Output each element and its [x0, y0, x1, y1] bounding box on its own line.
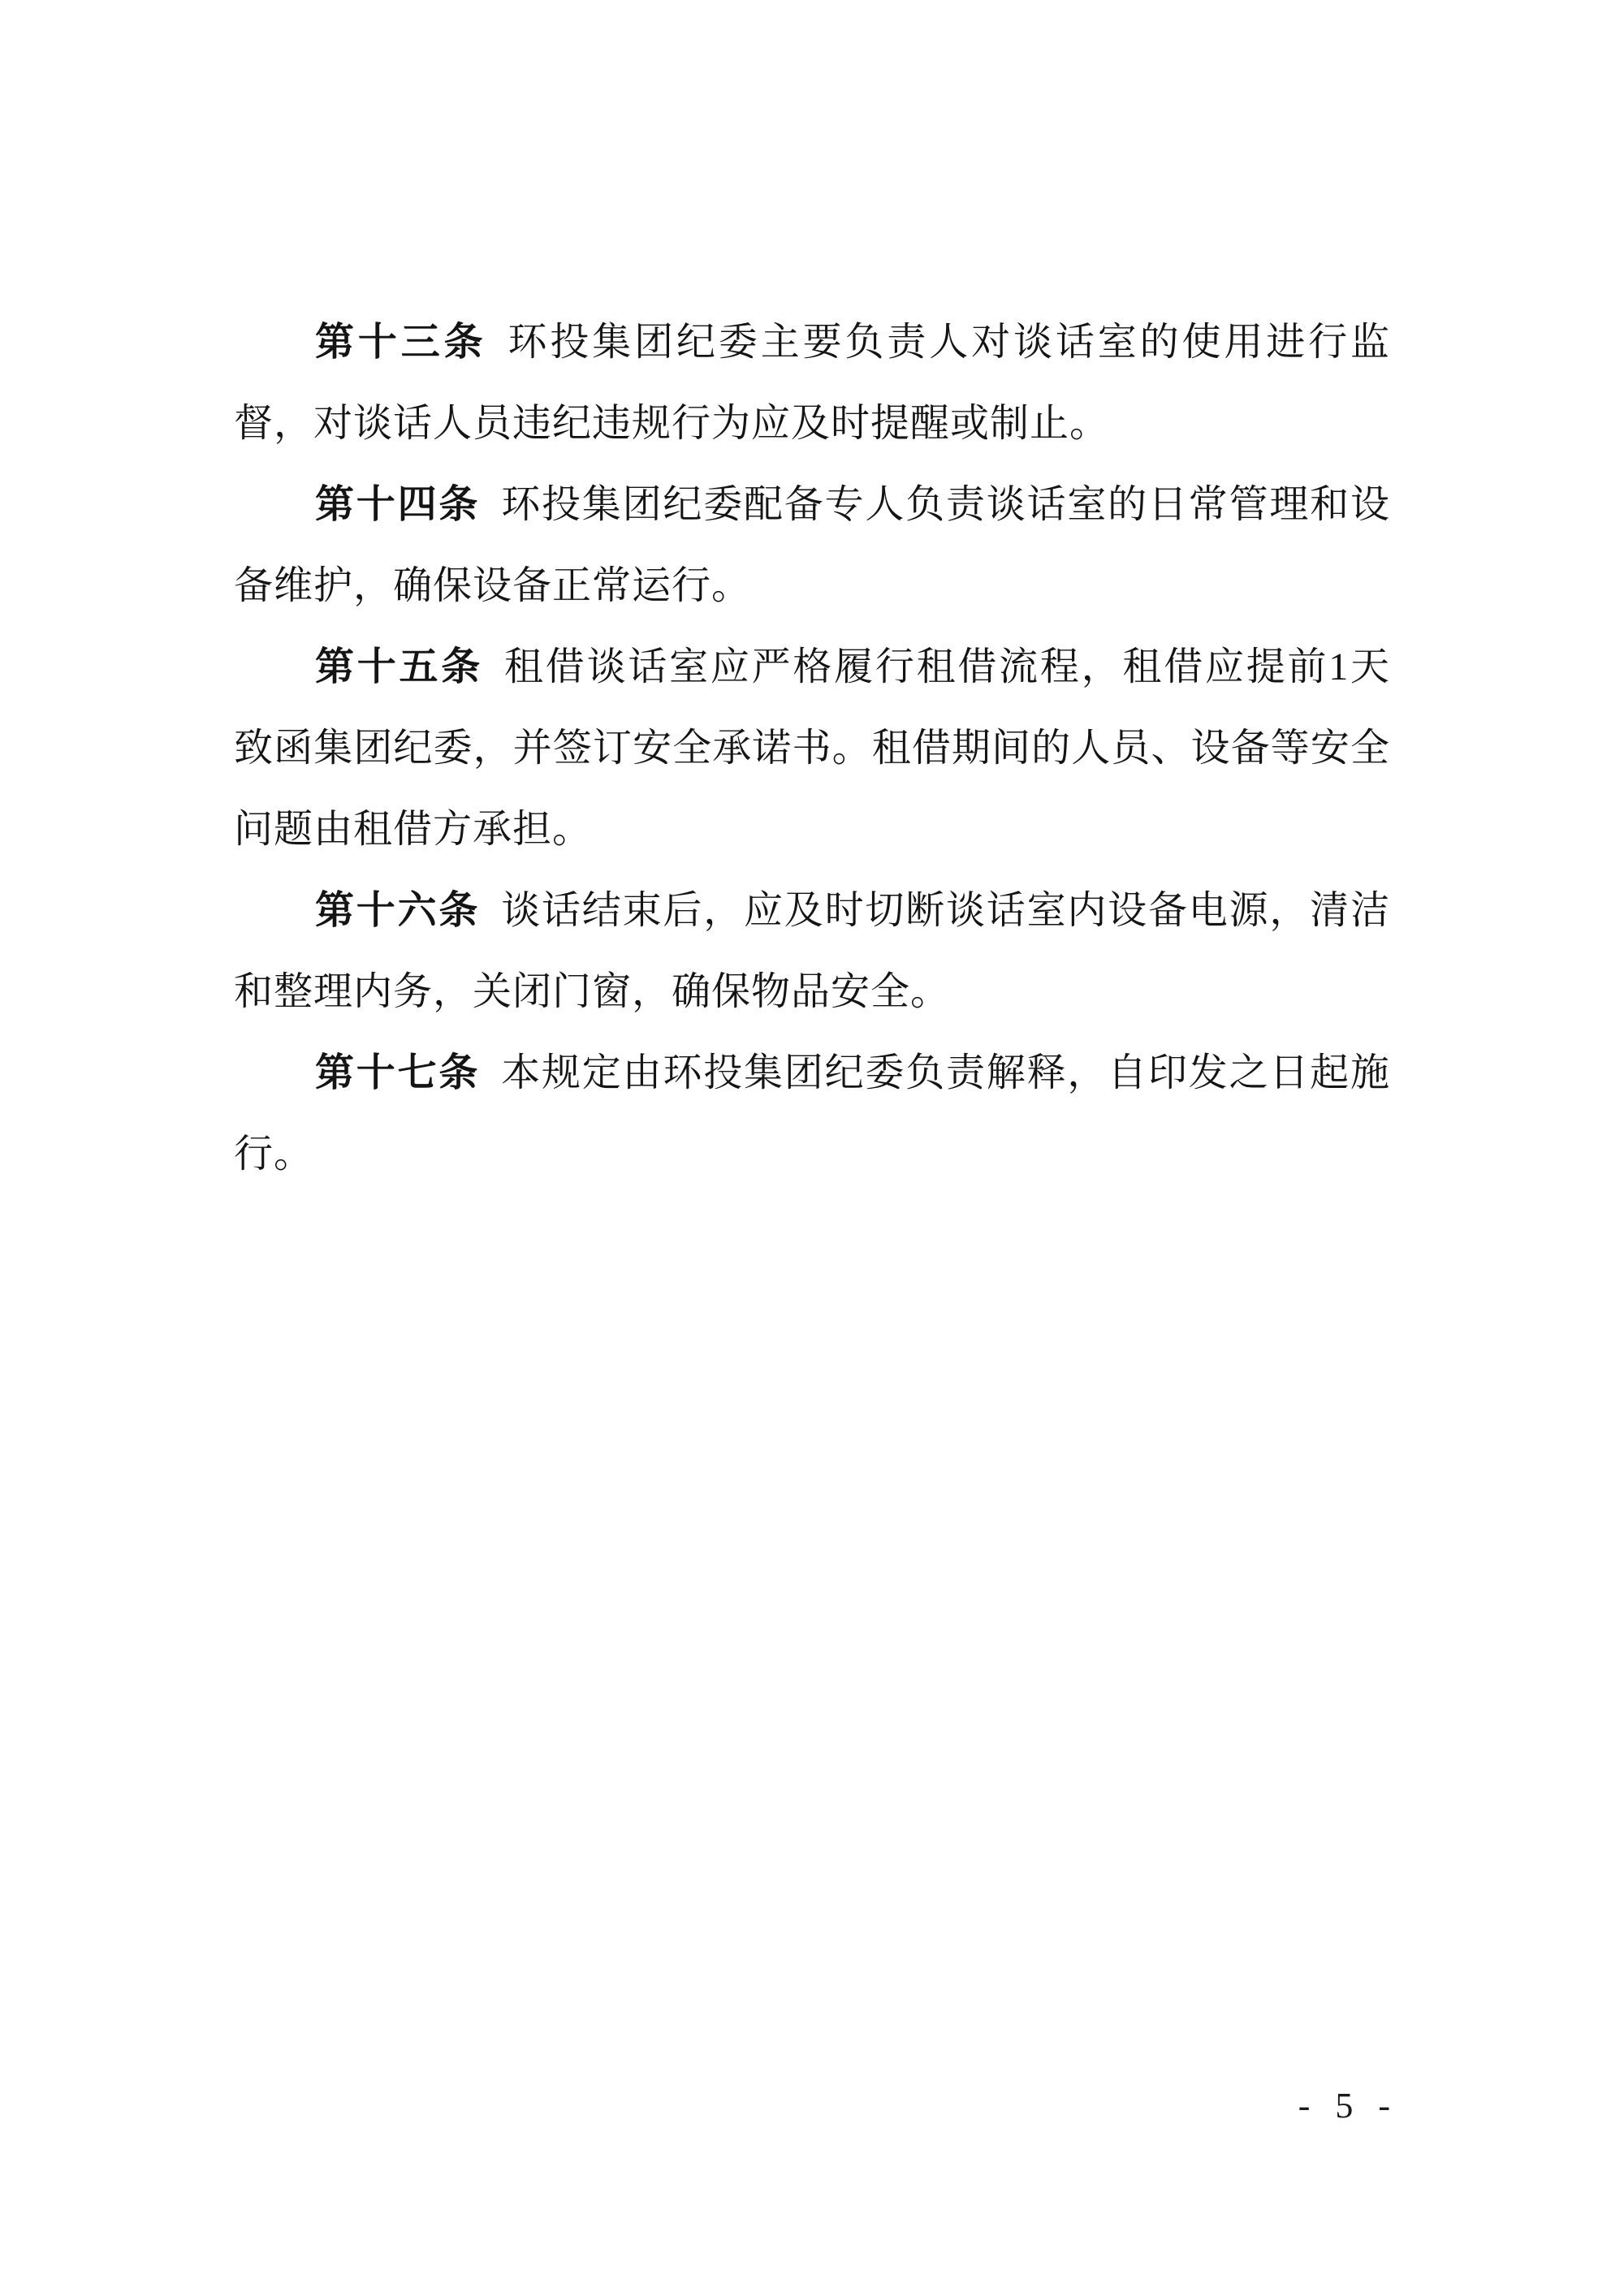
document-body: 第十三条环投集团纪委主要负责人对谈话室的使用进行监督，对谈话人员违纪违规行为应及… [234, 302, 1390, 1195]
article-number: 第十七条 [315, 1051, 480, 1094]
article-paragraph: 第十七条本规定由环投集团纪委负责解释，自印发之日起施行。 [234, 1033, 1390, 1195]
article-number: 第十六条 [315, 889, 480, 932]
article-number: 第十四条 [315, 483, 480, 526]
article-number: 第十五条 [315, 645, 483, 688]
article-paragraph: 第十五条租借谈话室应严格履行租借流程，租借应提前1天致函集团纪委，并签订安全承诺… [234, 627, 1390, 870]
page-number: - 5 - [1298, 2087, 1398, 2126]
article-paragraph: 第十六条谈话结束后，应及时切断谈话室内设备电源，清洁和整理内务，关闭门窗，确保物… [234, 870, 1390, 1033]
article-paragraph: 第十四条环投集团纪委配备专人负责谈话室的日常管理和设备维护，确保设备正常运行。 [234, 464, 1390, 627]
article-paragraph: 第十三条环投集团纪委主要负责人对谈话室的使用进行监督，对谈话人员违纪违规行为应及… [234, 302, 1390, 464]
article-number: 第十三条 [315, 321, 487, 364]
document-page: 第十三条环投集团纪委主要负责人对谈话室的使用进行监督，对谈话人员违纪违规行为应及… [0, 0, 1624, 2296]
